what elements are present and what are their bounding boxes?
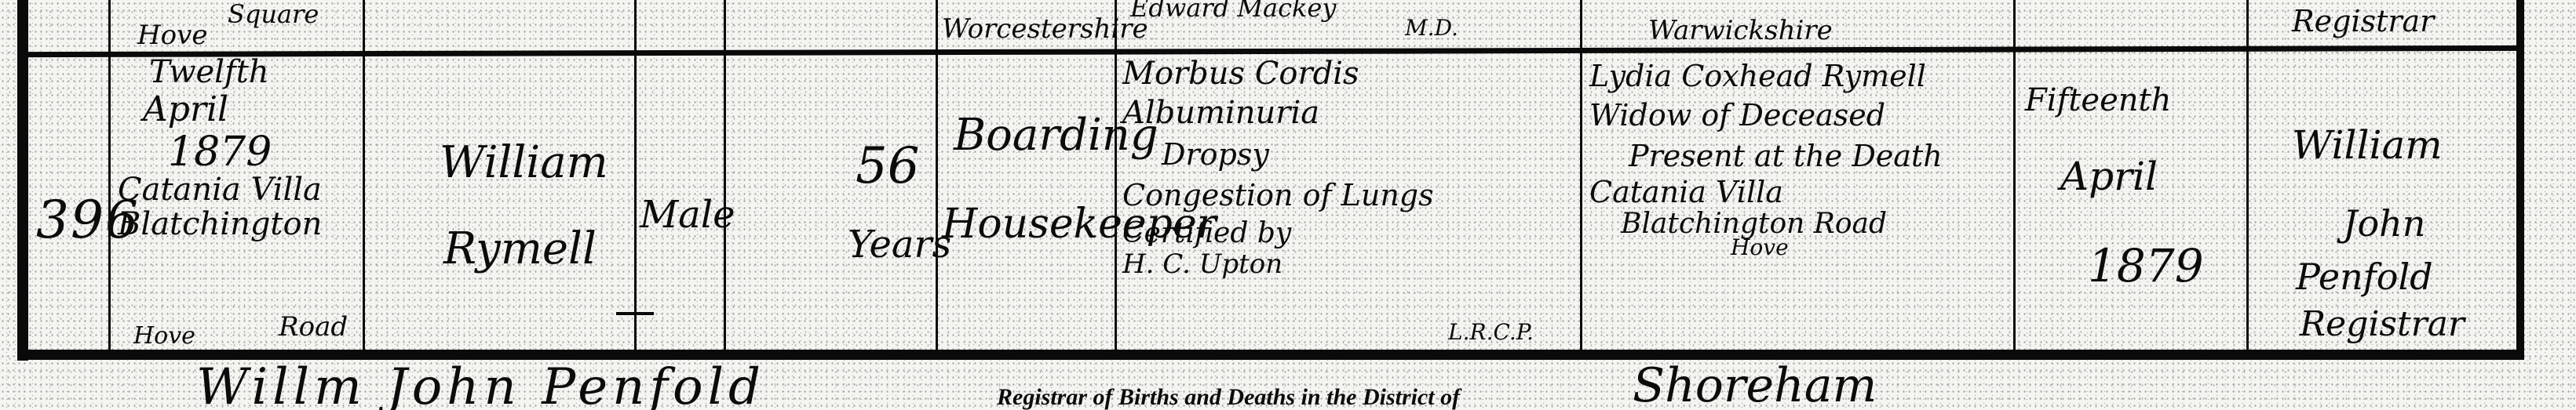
cause-of-death-cell: Morbus Cordis Albuminuria Dropsy Congest…	[1122, 58, 1578, 278]
cause-certifier-qualification: L.R.C.P.	[1448, 321, 1534, 343]
registrar-first-name: William	[2292, 125, 2443, 165]
previous-row-place-tail: Hove	[137, 22, 207, 49]
column-divider	[1580, 0, 1582, 350]
cause-certifier-name: H. C. Upton	[1122, 251, 1578, 278]
death-place-street: Blatchington	[118, 209, 361, 240]
registrar-middle-name: John	[2343, 205, 2425, 241]
previous-row-registrar: Registrar	[2292, 6, 2434, 36]
footer-district: Shoreham	[1633, 362, 1877, 409]
death-day: Twelfth	[149, 56, 361, 88]
outer-left-border	[17, 0, 28, 361]
informant-qualification: Present at the Death	[1629, 141, 2013, 171]
registered-month: April	[2060, 157, 2158, 196]
cause-line-3: Dropsy	[1162, 140, 1578, 169]
informant-relation: Widow of Deceased	[1589, 100, 2013, 130]
column-divider	[2246, 0, 2249, 350]
registered-day: Fifteenth	[2025, 85, 2171, 116]
death-place-town: Hove	[133, 325, 195, 348]
registered-year: 1879	[2088, 243, 2204, 288]
death-place-house: Catania Villa	[118, 174, 361, 205]
column-divider	[363, 0, 365, 350]
cause-line-2: Albuminuria	[1122, 97, 1578, 129]
previous-row-informant: Edward Mackey	[1130, 0, 1336, 20]
column-divider	[634, 0, 637, 350]
deceased-age-unit: Years	[848, 226, 951, 263]
column-divider	[724, 0, 726, 350]
deceased-sex: Male	[640, 196, 735, 234]
column-divider	[2013, 0, 2016, 350]
previous-row-birthplace: Worcestershire	[942, 16, 1148, 42]
informant-name: Lydia Coxhead Rymell	[1589, 61, 2013, 91]
cross-mark	[616, 312, 654, 315]
registrar-surname: Penfold	[2296, 259, 2433, 295]
registrar-title: Registrar	[2300, 307, 2465, 342]
footer-registrar-signature: Willm John Penfold	[196, 362, 765, 410]
deceased-age: 56	[856, 141, 919, 191]
cause-line-4: Congestion of Lungs	[1122, 180, 1578, 210]
when-and-where-died-cell: Twelfth April 1879 Catania Villa Blatchi…	[118, 56, 361, 240]
death-month: April	[143, 93, 361, 127]
cause-certified-by: Certified by	[1122, 220, 1578, 248]
footer-printed-text: Registrar of Births and Deaths in the Di…	[997, 384, 1460, 410]
informant-residence-3: Hove	[1731, 237, 2013, 259]
informant-residence-1: Catania Villa	[1589, 177, 2013, 207]
previous-row-informant-location: Warwickshire	[1648, 17, 1833, 44]
column-divider	[1115, 0, 1117, 350]
deceased-first-name: William	[440, 141, 608, 185]
death-place-road: Road	[279, 314, 348, 340]
informant-cell: Lydia Coxhead Rymell Widow of Deceased P…	[1589, 61, 2013, 259]
previous-row-place-word: Square	[228, 2, 319, 27]
deceased-surname: Rymell	[443, 227, 597, 271]
previous-row-informant-title: M.D.	[1405, 17, 1458, 39]
outer-right-border	[2516, 0, 2524, 360]
column-divider	[936, 0, 938, 350]
column-divider	[108, 0, 111, 350]
cause-line-1: Morbus Cordis	[1122, 58, 1578, 89]
death-year: 1879	[168, 132, 361, 172]
informant-residence-2: Blatchington Road	[1621, 210, 2013, 238]
